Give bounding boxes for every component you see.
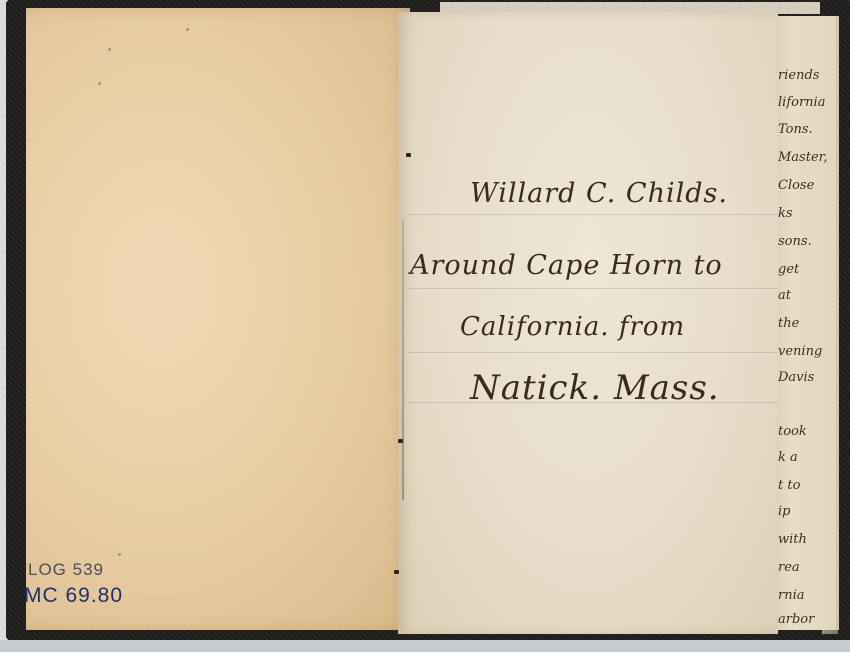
underlying-text-fragment: ip <box>778 504 790 519</box>
underlying-text-fragment: sons. <box>778 234 812 249</box>
underlying-text-fragment: Master, <box>778 150 828 165</box>
underlying-text-fragment: rea <box>778 560 800 575</box>
foxing-spot <box>108 48 111 51</box>
underlying-text-fragment: the <box>778 316 799 331</box>
foxing-spot <box>98 82 101 85</box>
underlying-text-fragment: riends <box>778 68 819 83</box>
underlying-text-fragment: get <box>778 262 799 277</box>
underlying-text-fragment: rnia <box>778 588 805 603</box>
title-route: Around Cape Horn to <box>410 250 723 281</box>
binding-stitch <box>394 570 399 574</box>
left-page <box>26 8 410 630</box>
foxing-spot <box>118 553 121 556</box>
binding-stitch <box>406 153 411 157</box>
underlying-text-fragment: at <box>778 288 791 303</box>
underlying-text-fragment: arbor <box>778 612 814 627</box>
underlying-text-fragment: Close <box>778 178 814 193</box>
title-destination: California. from <box>460 312 685 342</box>
title-author-name: Willard C. Childs. <box>470 178 728 209</box>
underlying-text-fragment: with <box>778 532 807 547</box>
ruled-line <box>408 352 778 353</box>
title-origin: Natick. Mass. <box>470 368 720 408</box>
ruled-line <box>408 288 778 289</box>
underlying-text-fragment: took <box>778 424 807 439</box>
catalog-log-number: LOG 539 <box>28 560 104 580</box>
underlying-text-fragment: ks <box>778 206 793 221</box>
underlying-text-fragment: Tons. <box>778 122 813 137</box>
underlying-text-fragment: t to <box>778 478 800 493</box>
underlying-text-fragment: Davis <box>778 370 814 385</box>
underlying-text-fragment: vening <box>778 344 822 359</box>
scanner-edge-bottom <box>0 640 850 652</box>
binding-thread <box>402 220 404 500</box>
underlying-text-fragment: lifornia <box>778 95 825 110</box>
underlying-text-fragment: k a <box>778 450 798 465</box>
binding-stitch <box>398 439 403 443</box>
foxing-spot <box>186 28 189 31</box>
catalog-mc-number: MC 69.80 <box>24 584 123 608</box>
ruled-line <box>408 214 778 215</box>
